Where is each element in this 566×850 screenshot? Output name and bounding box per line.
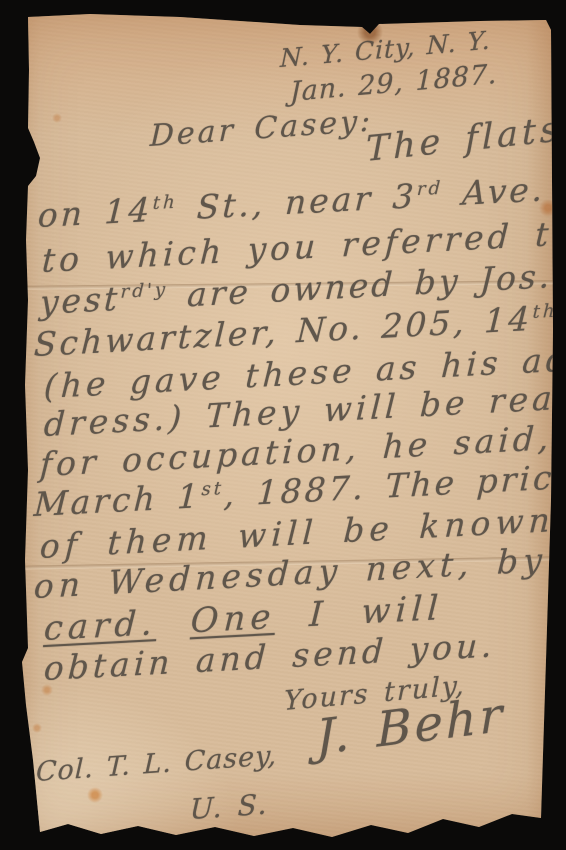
- handwriting-text: th: [152, 192, 178, 214]
- handwriting-line: The flats: [366, 109, 562, 170]
- handwriting-text: St., near 3: [176, 176, 417, 228]
- handwriting-text: The flats: [366, 109, 562, 170]
- handwriting-line: Col. T. L. Casey,: [35, 740, 277, 788]
- handwriting-text: th: [532, 301, 558, 323]
- handwriting-text: St.: [556, 294, 566, 337]
- handwriting-text: card.: [43, 603, 158, 649]
- handwriting-text: rd: [416, 178, 443, 200]
- handwriting-text: Col. T. L. Casey,: [35, 740, 277, 788]
- handwriting-text: U. S.: [189, 787, 269, 826]
- handwriting-text: [156, 601, 192, 643]
- handwriting-line: Dear Casey:: [149, 103, 373, 154]
- handwriting-line: U. S.: [189, 787, 269, 826]
- handwriting-text: rd'y: [120, 279, 169, 303]
- handwriting-text: on 14: [37, 190, 154, 235]
- handwriting-text: yest: [39, 279, 121, 322]
- handwriting-layer: N. Y. City, N. Y.Jan. 29, 1887.Dear Case…: [0, 0, 566, 850]
- photo-background: N. Y. City, N. Y.Jan. 29, 1887.Dear Case…: [0, 0, 566, 850]
- handwriting-text: Ave.: [442, 169, 547, 214]
- letter-paper: N. Y. City, N. Y.Jan. 29, 1887.Dear Case…: [0, 0, 566, 850]
- handwriting-text: March 1: [33, 476, 202, 524]
- handwriting-text: One: [190, 597, 277, 642]
- handwriting-text: Dear Casey:: [149, 103, 373, 154]
- handwriting-text: st: [201, 478, 225, 500]
